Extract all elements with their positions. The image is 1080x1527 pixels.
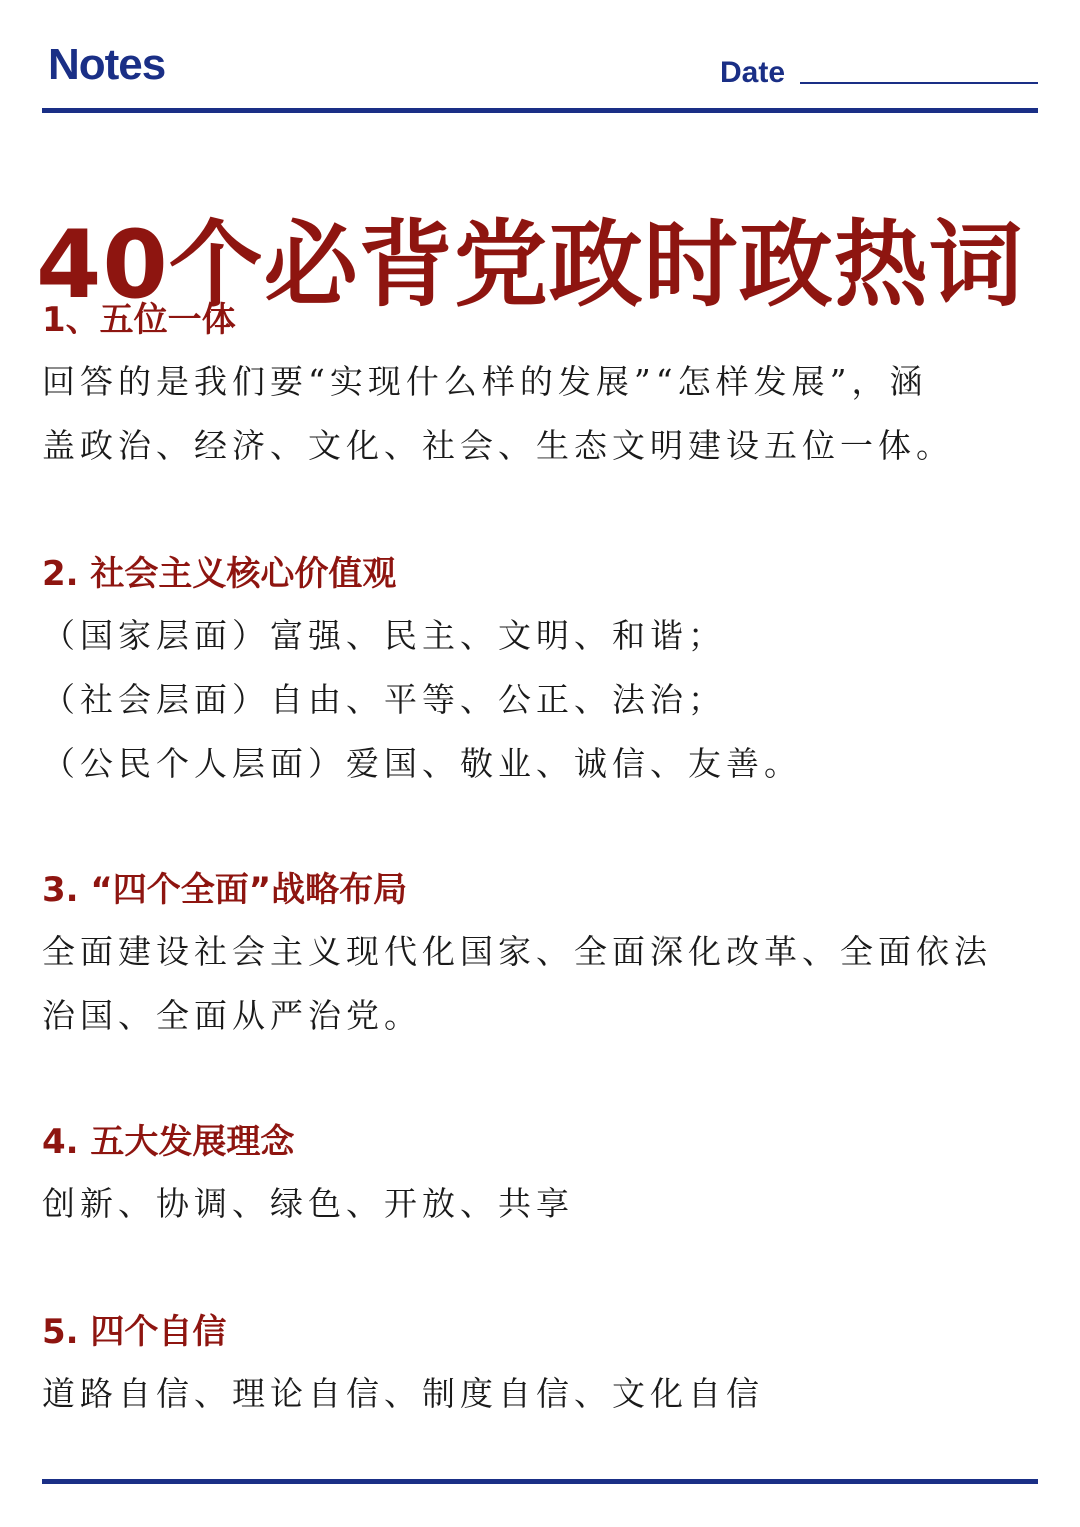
section-body: 创新、协调、绿色、开放、共享 [42,1172,1042,1236]
date-label: Date [720,56,785,90]
date-field-line [800,82,1038,84]
body-line: （国家层面）富强、民主、文明、和谐； [42,604,1042,668]
body-line: 道路自信、理论自信、制度自信、文化自信 [42,1362,1042,1426]
section-heading: 3. “四个全面”战略布局 [42,868,1042,912]
body-line: 治国、全面从严治党。 [42,984,1042,1048]
section-heading: 4. 五大发展理念 [42,1120,1042,1164]
body-line: 创新、协调、绿色、开放、共享 [42,1172,1042,1236]
section-four-comprehensives: 3. “四个全面”战略布局 全面建设社会主义现代化国家、全面深化改革、全面依法 … [42,868,1042,1048]
section-heading: 5. 四个自信 [42,1310,1042,1354]
section-five-development-concepts: 4. 五大发展理念 创新、协调、绿色、开放、共享 [42,1120,1042,1236]
notes-label: Notes [48,40,165,90]
section-four-confidences: 5. 四个自信 道路自信、理论自信、制度自信、文化自信 [42,1310,1042,1426]
body-line: 全面建设社会主义现代化国家、全面深化改革、全面依法 [42,920,1042,984]
body-line: （公民个人层面）爱国、敬业、诚信、友善。 [42,732,1042,796]
body-line: 盖政治、经济、文化、社会、生态文明建设五位一体。 [42,414,1042,478]
section-core-values: 2. 社会主义核心价值观 （国家层面）富强、民主、文明、和谐； （社会层面）自由… [42,552,1042,796]
body-line: （社会层面）自由、平等、公正、法治； [42,668,1042,732]
section-body: 全面建设社会主义现代化国家、全面深化改革、全面依法 治国、全面从严治党。 [42,920,1042,1048]
section-body: 回答的是我们要“实现什么样的发展”“怎样发展”，涵 盖政治、经济、文化、社会、生… [42,350,1042,478]
section-heading: 1、五位一体 [42,298,1042,342]
section-body: 道路自信、理论自信、制度自信、文化自信 [42,1362,1042,1426]
body-line: 回答的是我们要“实现什么样的发展”“怎样发展”，涵 [42,350,1042,414]
section-five-in-one: 1、五位一体 回答的是我们要“实现什么样的发展”“怎样发展”，涵 盖政治、经济、… [42,298,1042,478]
section-heading: 2. 社会主义核心价值观 [42,552,1042,596]
top-divider [42,108,1038,113]
section-body: （国家层面）富强、民主、文明、和谐； （社会层面）自由、平等、公正、法治； （公… [42,604,1042,796]
bottom-divider [42,1479,1038,1484]
